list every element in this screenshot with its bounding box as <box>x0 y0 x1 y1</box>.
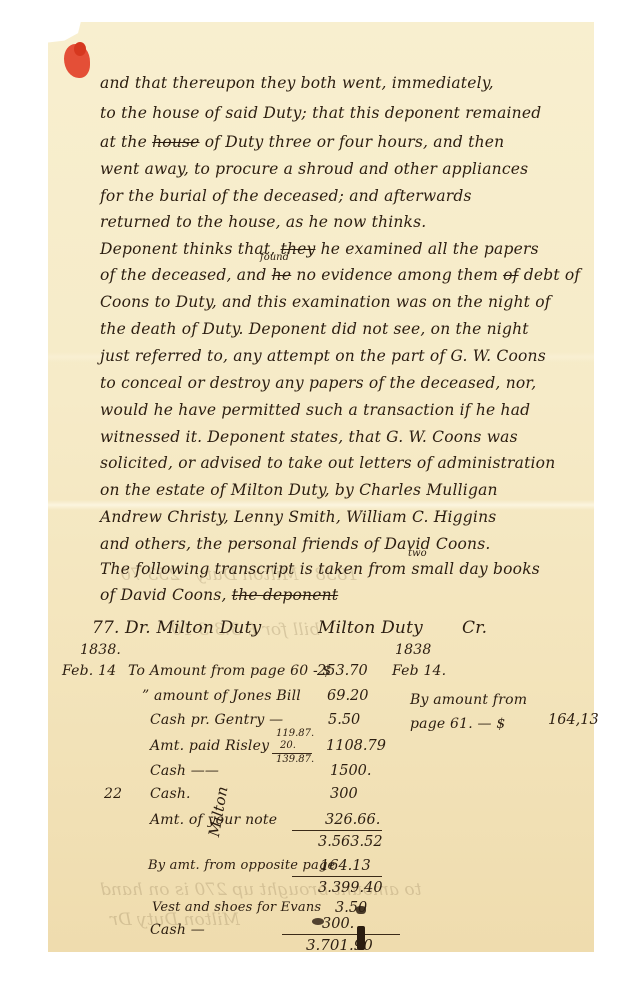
struck-word: of <box>503 266 518 284</box>
struck-word: the deponent <box>232 586 338 604</box>
entry-amount: 300. <box>322 916 354 932</box>
entry-description: Cash — <box>150 922 205 938</box>
entry-description: By amt. from opposite page <box>148 858 335 873</box>
credit-entry-amount: 164,13 <box>548 712 599 728</box>
interlinear-insertion: found <box>260 252 289 263</box>
entry-amount: 5.50 <box>328 712 360 728</box>
narrative-line: for the burial of the deceased; and afte… <box>100 187 472 205</box>
entry-amount: 69.20 <box>327 688 369 704</box>
debit-year: 1838. <box>80 642 121 658</box>
entry-description: ” amount of Jones Bill <box>142 688 301 704</box>
credit-entry-description: By amount from page 61. — $ <box>410 688 560 736</box>
narrative-line: at the house of Duty three or four hours… <box>100 133 504 151</box>
narrative-line: of the deceased, and he no evidence amon… <box>100 266 580 284</box>
narrative-line: Coons to Duty, and this examination was … <box>100 293 551 311</box>
debit-heading: Dr. Milton Duty <box>125 618 261 638</box>
narrative-line: Deponent thinks that, they he examined a… <box>100 240 539 258</box>
subtotal-amount: 3.399.40 <box>318 880 383 896</box>
credit-year: 1838 <box>395 642 431 658</box>
narrative-line: went away, to procure a shroud and other… <box>100 160 528 178</box>
narrative-line: the death of Duty. Deponent did not see,… <box>100 320 529 338</box>
entry-amount: 1500. <box>330 763 372 779</box>
total-rule <box>282 934 400 935</box>
narrative-line: just referred to, any attempt on the par… <box>100 347 546 365</box>
subcalc-value: 139.87. <box>276 754 314 765</box>
subtotal-amount: 3.563.52 <box>318 834 383 850</box>
entry-description: Cash. <box>150 786 191 802</box>
ink-blot <box>357 926 365 950</box>
entry-description: Vest and shoes for Evans <box>152 900 321 915</box>
entry-amount: 253.70 <box>317 663 368 679</box>
ink-blot <box>356 906 366 914</box>
entry-amount: 300 <box>330 786 358 802</box>
struck-word: house <box>152 133 199 151</box>
subcalc-value: 20. <box>280 740 296 751</box>
ink-blot <box>312 918 324 925</box>
subcalc-value: 119.87. <box>276 728 314 739</box>
entry-amount: 326.66. <box>325 812 380 828</box>
ledger-page-number: 77. <box>92 618 120 638</box>
interlinear-insertion: two <box>408 548 427 559</box>
entry-amount: 1108.79 <box>326 738 386 754</box>
narrative-line: solicited, or advised to take out letter… <box>100 454 555 472</box>
entry-amount: 164.13 <box>320 858 371 874</box>
sum-rule <box>292 876 382 877</box>
narrative-line: of David Coons, the deponent <box>100 586 338 604</box>
narrative-line: would he have permitted such a transacti… <box>100 401 530 419</box>
credit-entry-date: Feb 14. <box>392 663 446 679</box>
entry-description: To Amount from page 60 - $ <box>128 663 332 679</box>
struck-word: he <box>272 266 292 284</box>
narrative-line: Andrew Christy, Lenny Smith, William C. … <box>100 508 496 526</box>
entry-description: Cash —— <box>150 763 219 779</box>
entry-description: Cash pr. Gentry — <box>150 712 283 728</box>
narrative-line: to conceal or destroy any papers of the … <box>100 374 536 392</box>
wax-seal-remnant <box>74 42 86 56</box>
narrative-line: and that thereupon they both went, immed… <box>100 74 494 92</box>
narrative-line: on the estate of Milton Duty, by Charles… <box>100 481 498 499</box>
entry-date: Feb. 14 <box>62 663 116 679</box>
narrative-line: witnessed it. Deponent states, that G. W… <box>100 428 518 446</box>
narrative-line: and others, the personal friends of Davi… <box>100 535 491 553</box>
narrative-line: returned to the house, as he now thinks. <box>100 213 426 231</box>
credit-heading: Milton Duty <box>318 618 423 638</box>
credit-label: Cr. <box>462 618 487 638</box>
sum-rule <box>292 830 382 831</box>
narrative-line: to the house of said Duty; that this dep… <box>100 104 541 122</box>
narrative-line: The following transcript is taken from s… <box>100 560 540 578</box>
entry-description: Amt. paid Risley <box>150 738 269 754</box>
entry-date: 22 <box>104 786 122 802</box>
